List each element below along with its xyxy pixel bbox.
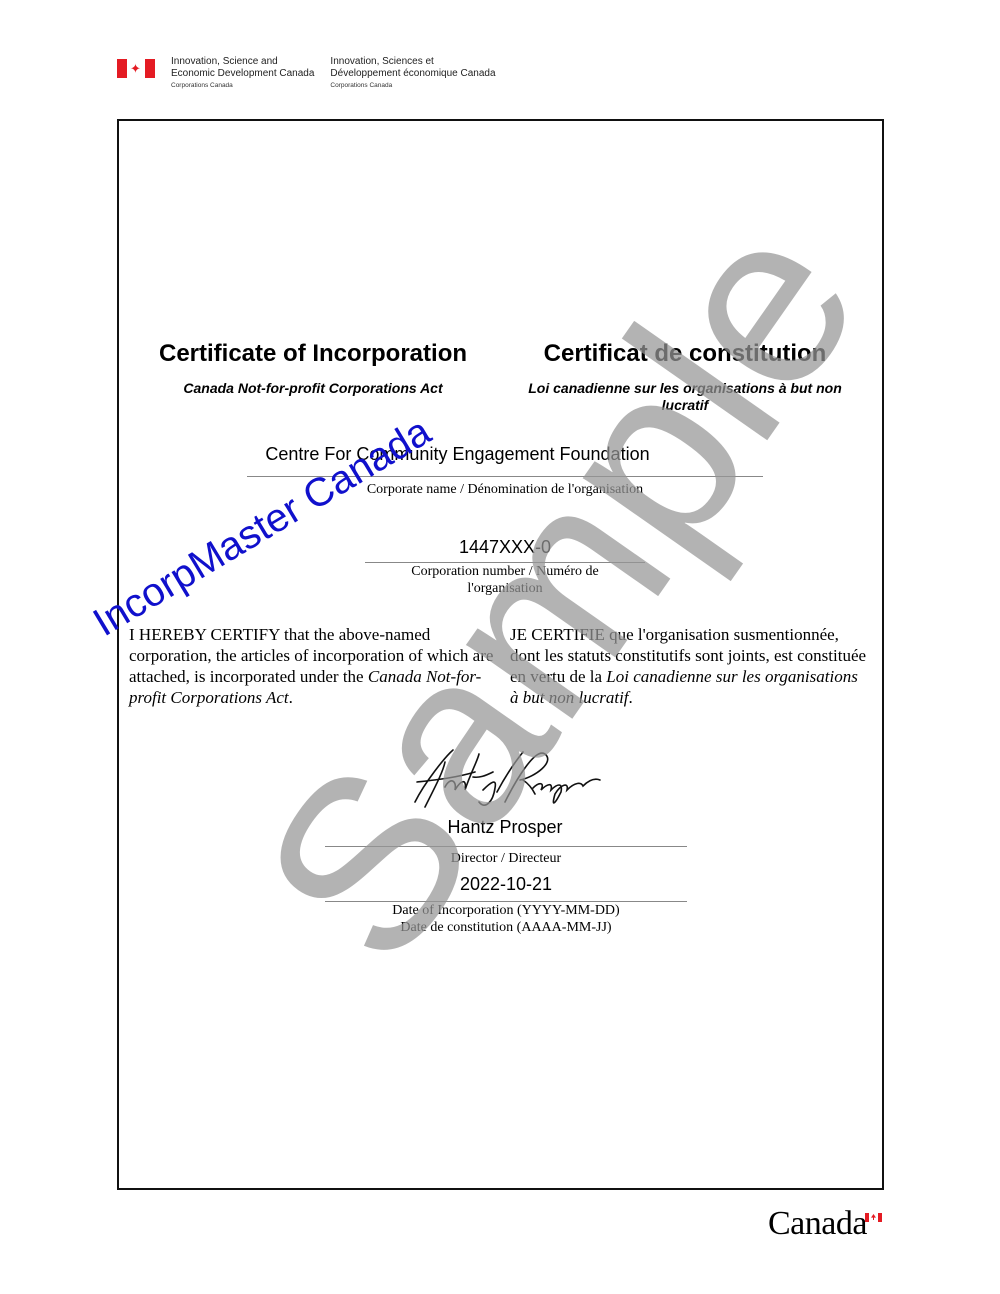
title-en: Certificate of Incorporation — [140, 340, 486, 368]
certification-text-fr: JE CERTIFIE que l'organisation susmentio… — [510, 624, 870, 708]
director-name: Hantz Prosper — [405, 817, 605, 838]
wordmark-flag-icon — [865, 1213, 882, 1222]
corporate-name: Centre For Community Engagement Foundati… — [230, 444, 685, 465]
signature-image — [405, 742, 605, 812]
title-fr: Certificat de constitution — [510, 340, 860, 368]
corporate-name-rule — [247, 476, 763, 477]
canada-wordmark: Canada — [768, 1205, 867, 1243]
certification-text-en: I HEREBY CERTIFY that the above-named co… — [129, 624, 494, 708]
incorporation-date: 2022-10-21 — [325, 874, 687, 895]
date-label: Date of Incorporation (YYYY-MM-DD) Date … — [325, 902, 687, 936]
department-name-fr: Innovation, Sciences et Développement éc… — [330, 56, 495, 92]
department-name-en: Innovation, Science and Economic Develop… — [171, 56, 314, 92]
government-header: ✦ Innovation, Science and Economic Devel… — [117, 56, 496, 96]
act-fr: Loi canadienne sur les organisations à b… — [515, 380, 855, 414]
corporation-number-label: Corporation number / Numéro de l'organis… — [390, 563, 620, 597]
corporate-name-label: Corporate name / Dénomination de l'organ… — [247, 481, 763, 498]
act-en: Canada Not-for-profit Corporations Act — [150, 380, 476, 397]
director-rule — [325, 846, 687, 847]
director-label: Director / Directeur — [325, 850, 687, 867]
corporation-number: 1447XXX-0 — [365, 537, 645, 558]
canada-flag-icon: ✦ — [117, 59, 155, 78]
